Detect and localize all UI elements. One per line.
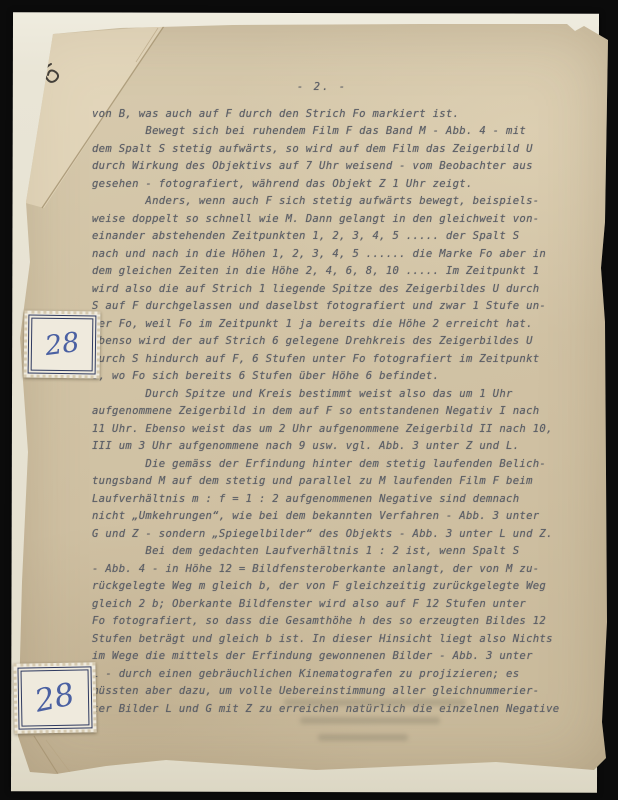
text-line: rückgelegte Weg m gleich b, der von F gl…: [92, 578, 552, 596]
text-line: nach und nach in die Höhen 1, 2, 3, 4, 5…: [92, 246, 552, 264]
archive-stamp: 28: [24, 310, 101, 378]
text-line: gleich 2 b; Oberkante Bildfenster wird a…: [92, 596, 552, 614]
text-line: G und Z - sondern „Spiegelbilder“ des Ob…: [92, 526, 552, 544]
text-line: wird also die auf Strich 1 liegende Spit…: [92, 281, 552, 299]
text-line: - Abb. 4 - in Höhe 12 = Bildfensteroberk…: [92, 561, 552, 579]
text-line: Laufverhältnis m : f = 1 : 2 aufgenommen…: [92, 491, 552, 509]
text-line: III um 3 Uhr aufgenommene nach 9 usw. vg…: [92, 438, 552, 456]
text-line: weise doppelt so schnell wie M. Dann gel…: [92, 211, 552, 229]
document-text: - 2. - von B, was auch auf F durch den S…: [92, 79, 552, 718]
text-lines: von B, was auch auf F durch den Strich F…: [92, 106, 552, 719]
text-line: müssten aber dazu, um volle Uebereinstim…: [92, 683, 552, 701]
text-line: dem gleichen Zeiten in die Höhe 2, 4, 6,…: [92, 263, 552, 281]
text-line: durch Wirkung des Objektivs auf 7 Uhr we…: [92, 158, 552, 176]
text-line: S auf F durchgelassen und daselbst fotog…: [92, 298, 552, 316]
text-line: Die gemäss der Erfindung hinter dem stet…: [92, 456, 552, 474]
text-line: aufgenommene Zeigerbild in dem auf F so …: [92, 403, 552, 421]
text-line: im Wege die mittels der Erfindung gewonn…: [92, 648, 552, 666]
ghost-text-smudge: [284, 699, 466, 706]
archive-stamp: 28: [13, 662, 96, 733]
text-line: 11 Uhr. Ebenso weist das um 2 Uhr aufgen…: [92, 421, 552, 439]
text-line: Fo fotografiert, so dass die Gesamthöhe …: [92, 613, 552, 631]
page-number: - 2. -: [92, 79, 552, 97]
text-line: Ebenso wird der auf Strich 6 gelegene Dr…: [92, 333, 552, 351]
text-line: Bei dem gedachten Laufverhältnis 1 : 2 i…: [92, 543, 552, 561]
text-line: gesehen - fotografiert, während das Obje…: [92, 176, 552, 194]
text-line: ter Fo, weil Fo im Zeitpunkt 1 ja bereit…: [92, 316, 552, 334]
text-line: L - durch einen gebräuchlichen Kinematog…: [92, 666, 552, 684]
text-line: nicht „Umkehrungen“, wie bei dem bekannt…: [92, 508, 552, 526]
stamp-frame: 28: [21, 669, 90, 726]
text-line: 6, wo Fo sich bereits 6 Stufen über Höhe…: [92, 368, 552, 386]
stamp-frame: 28: [31, 318, 94, 372]
scan-background: { "page": { "header": "- 2. -", "lines":…: [0, 0, 618, 800]
text-line: tungsband M auf dem stetig und parallel …: [92, 473, 552, 491]
text-line: dem Spalt S stetig aufwärts, so wird auf…: [92, 141, 552, 159]
text-line: Bewegt sich bei ruhendem Film F das Band…: [92, 123, 552, 141]
ghost-text-smudge: [300, 717, 440, 724]
stamp-number: 28: [43, 327, 81, 362]
text-line: von B, was auch auf F durch den Strich F…: [92, 106, 552, 124]
text-line: Stufen beträgt und gleich b ist. In dies…: [92, 631, 552, 649]
ghost-text-smudge: [318, 734, 408, 741]
text-line: durch S hindurch auf F, 6 Stufen unter F…: [92, 351, 552, 369]
text-line: Durch Spitze und Kreis bestimmt weist al…: [92, 386, 552, 404]
text-line: Anders, wenn auch F sich stetig aufwärts…: [92, 193, 552, 211]
stamp-number: 28: [32, 676, 78, 719]
text-line: einander abstehenden Zeitpunkten 1, 2, 3…: [92, 228, 552, 246]
